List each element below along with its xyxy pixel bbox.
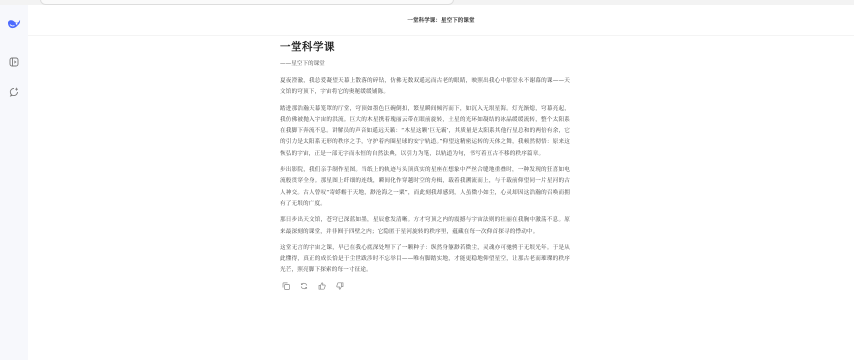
chat-title[interactable]: 一堂科学课：星空下的课堂	[28, 16, 854, 24]
copy-button[interactable]	[281, 282, 290, 291]
copy-icon	[282, 282, 290, 290]
essay-title: 一堂科学课	[280, 40, 570, 54]
essay-subtitle: ——星空下的课堂	[280, 60, 570, 68]
thumbs-up-icon	[318, 282, 326, 290]
sidebar-panel-icon[interactable]	[7, 55, 21, 69]
whale-logo-icon[interactable]	[7, 17, 21, 31]
sidebar	[0, 5, 28, 360]
chat-header: 一堂科学课：星空下的课堂	[28, 5, 854, 36]
thumbs-down-icon	[336, 282, 344, 290]
essay-paragraph: 夏夜澄澈，我总爱凝望天幕上散落的碎钻，仿佛无数双遥远而古老的眼睛，映照出我心中那…	[280, 76, 570, 99]
essay-paragraph: 那日步出天文馆，苍穹已深蓝如墨，星辰愈发清晰。方才穹顶之内的震撼与宇宙法则的壮丽…	[280, 215, 570, 238]
like-button[interactable]	[317, 282, 326, 291]
essay-paragraph: 这堂无言的宇宙之课，早已在我心底深处埋下了一颗种子：纵然身躯渺若微尘，灵魂亦可驰…	[280, 243, 570, 277]
new-chat-icon[interactable]	[7, 85, 21, 99]
essay-paragraph: 步出影院，我们亲手制作星图。当纸上的轨迹与头顶真实的星座在想象中严丝合缝地重叠时…	[280, 165, 570, 210]
message-actions	[280, 282, 570, 291]
essay-paragraph: 踏进那浩瀚天幕笼罩的厅堂，穹顶如墨色巨碗倒扣，繁星瞬间倾泻而下，如沉入无垠星海。…	[280, 104, 570, 160]
refresh-icon	[300, 282, 308, 290]
regenerate-button[interactable]	[299, 282, 308, 291]
dislike-button[interactable]	[335, 282, 344, 291]
assistant-message: 一堂科学课 ——星空下的课堂 夏夜澄澈，我总爱凝望天幕上散落的碎钻，仿佛无数双遥…	[280, 40, 570, 291]
